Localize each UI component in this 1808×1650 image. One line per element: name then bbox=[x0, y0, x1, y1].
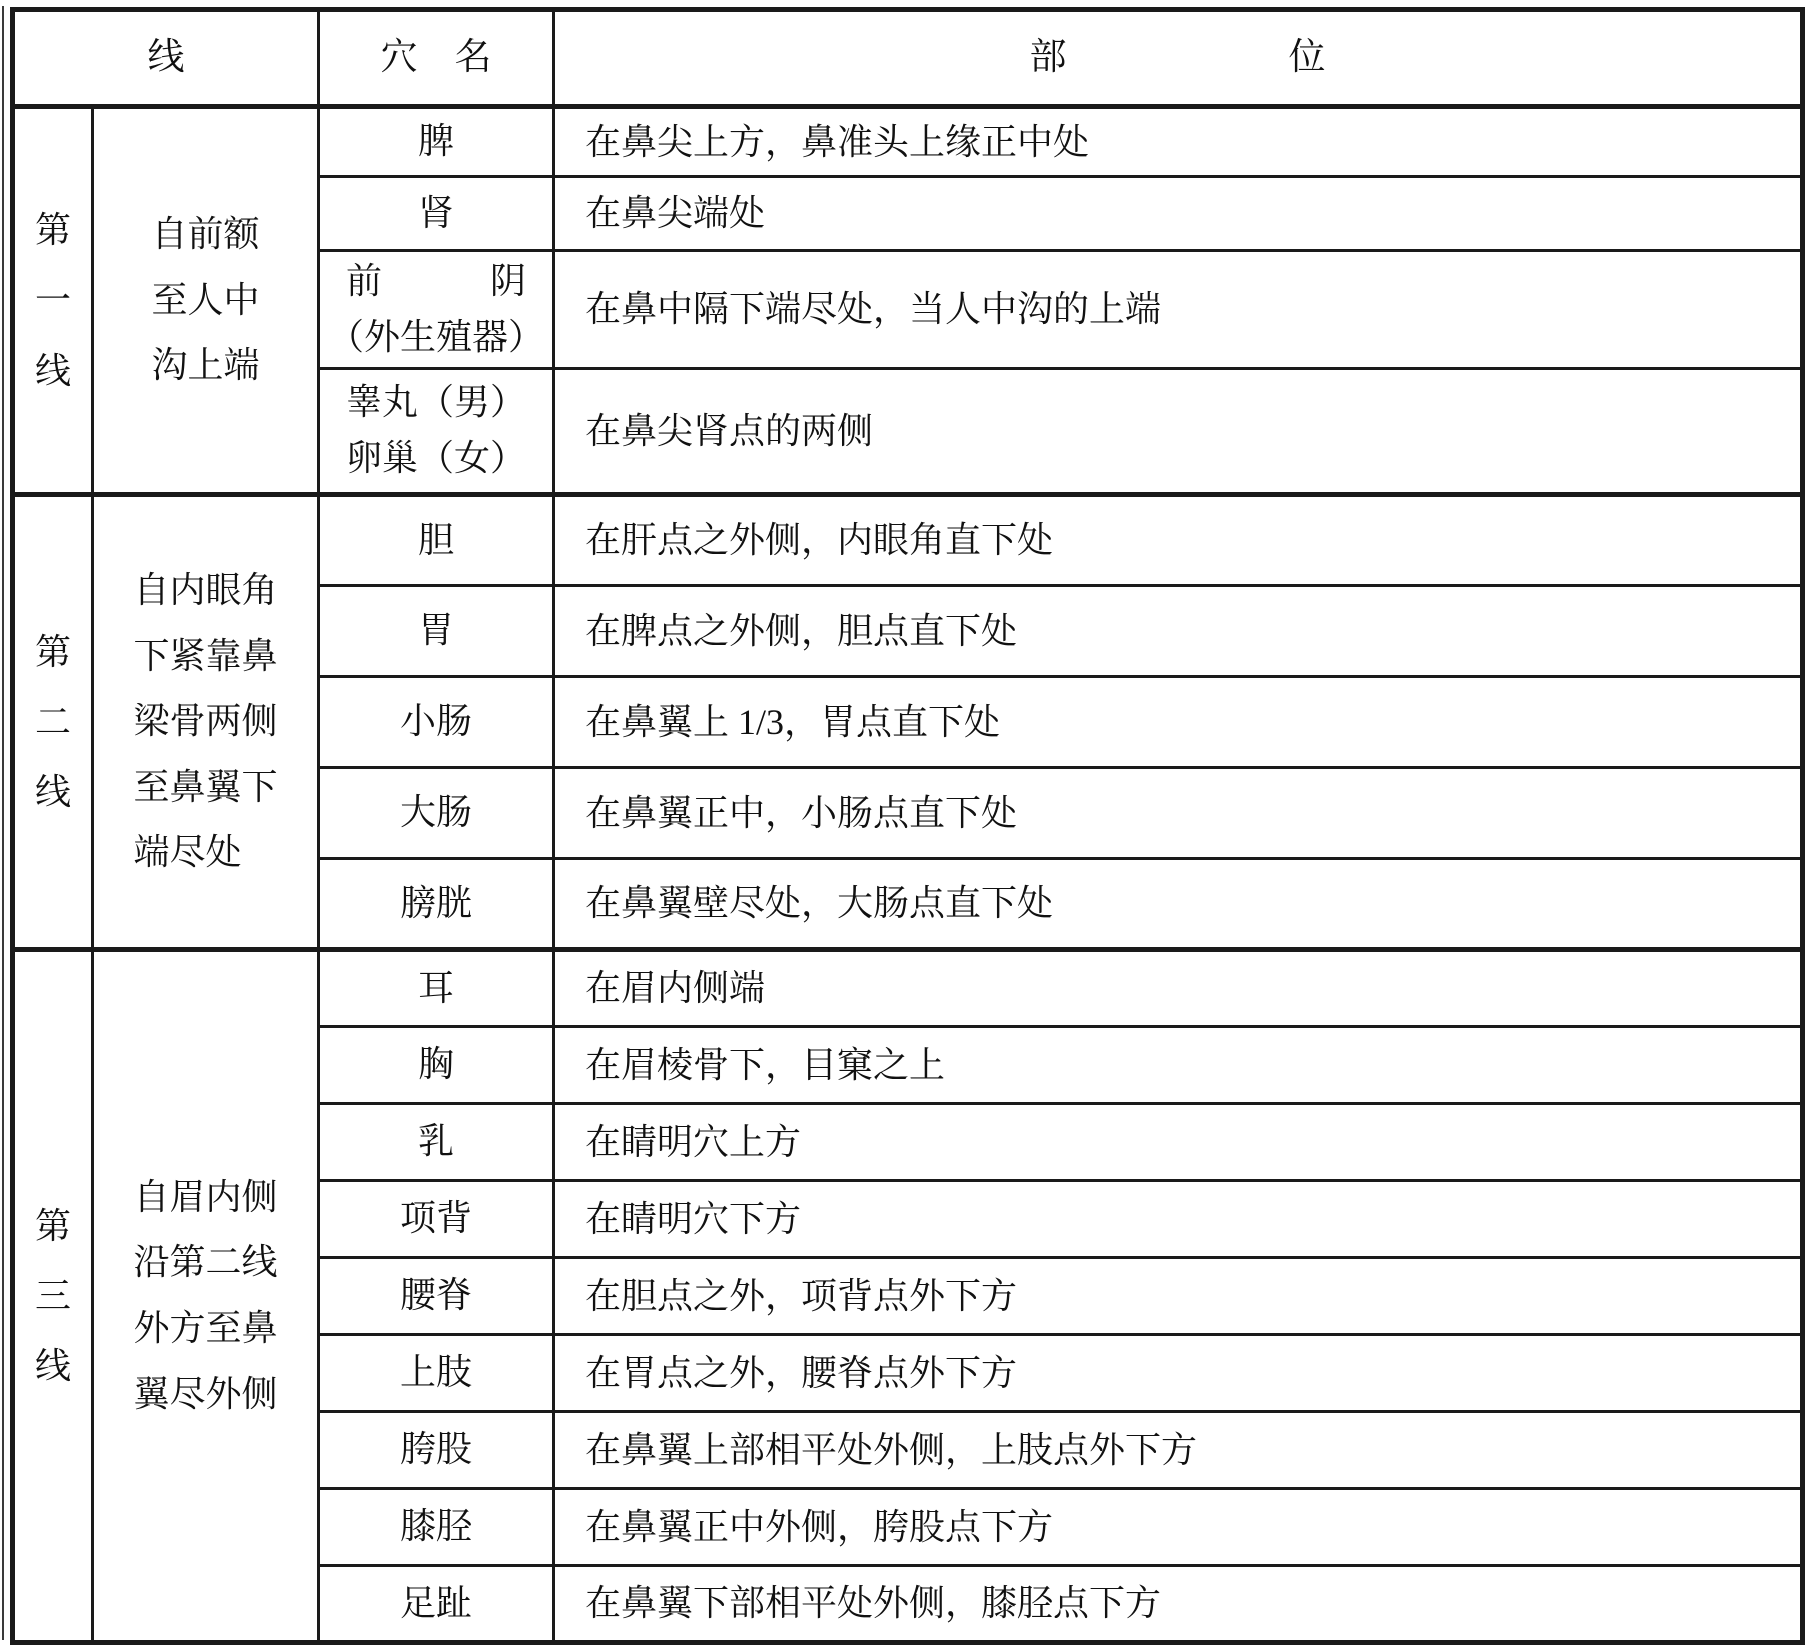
point-name-cell: 胃 bbox=[319, 586, 554, 677]
column-header-location: 部 位 bbox=[554, 10, 1803, 107]
point-name-cell: 肾 bbox=[319, 177, 554, 251]
location-cell: 在眉棱骨下，目窠之上 bbox=[554, 1027, 1803, 1104]
point-name-cell: 睾丸（男） 卵巢（女） bbox=[319, 369, 554, 495]
location-cell: 在鼻中隔下端尽处，当人中沟的上端 bbox=[554, 251, 1803, 369]
location-cell: 在鼻翼壁尽处，大肠点直下处 bbox=[554, 859, 1803, 950]
location-cell: 在鼻尖上方，鼻准头上缘正中处 bbox=[554, 107, 1803, 177]
location-cell: 在睛明穴上方 bbox=[554, 1104, 1803, 1181]
table-row: 第 一 线自前额 至人中 沟上端脾在鼻尖上方，鼻准头上缘正中处 bbox=[13, 107, 1803, 177]
point-name-cell: 乳 bbox=[319, 1104, 554, 1181]
point-name-cell: 脾 bbox=[319, 107, 554, 177]
location-cell: 在睛明穴下方 bbox=[554, 1181, 1803, 1258]
location-cell: 在鼻尖端处 bbox=[554, 177, 1803, 251]
location-cell: 在鼻尖肾点的两侧 bbox=[554, 369, 1803, 495]
location-cell: 在鼻翼上部相平处外侧，上肢点外下方 bbox=[554, 1412, 1803, 1489]
point-name-cell: 上肢 bbox=[319, 1335, 554, 1412]
table-header-row: 线 穴 名 部 位 bbox=[13, 10, 1803, 107]
point-name-cell: 胆 bbox=[319, 495, 554, 586]
line-2-label: 第 二 线 bbox=[13, 495, 93, 950]
point-name-cell: 腰脊 bbox=[319, 1258, 554, 1335]
line-3-label: 第 三 线 bbox=[13, 950, 93, 1643]
location-cell: 在胃点之外，腰脊点外下方 bbox=[554, 1335, 1803, 1412]
table-row: 第 三 线自眉内侧 沿第二线 外方至鼻 翼尽外侧耳在眉内侧端 bbox=[13, 950, 1803, 1027]
page-edge-line bbox=[2, 6, 4, 1640]
point-name-cell: 膀胱 bbox=[319, 859, 554, 950]
location-cell: 在鼻翼正中，小肠点直下处 bbox=[554, 768, 1803, 859]
point-name-cell: 耳 bbox=[319, 950, 554, 1027]
point-name-cell: 胯股 bbox=[319, 1412, 554, 1489]
document-page: 线 穴 名 部 位 第 一 线自前额 至人中 沟上端脾在鼻尖上方，鼻准头上缘正中… bbox=[0, 0, 1808, 1650]
location-cell: 在鼻翼下部相平处外侧，膝胫点下方 bbox=[554, 1566, 1803, 1643]
line-1-description: 自前额 至人中 沟上端 bbox=[93, 107, 319, 495]
location-cell: 在肝点之外侧，内眼角直下处 bbox=[554, 495, 1803, 586]
location-cell: 在眉内侧端 bbox=[554, 950, 1803, 1027]
location-cell: 在脾点之外侧，胆点直下处 bbox=[554, 586, 1803, 677]
point-name-cell: 足趾 bbox=[319, 1566, 554, 1643]
point-name-cell: 前 阴 （外生殖器） bbox=[319, 251, 554, 369]
point-name-cell: 项背 bbox=[319, 1181, 554, 1258]
line-description-text: 自内眼角 下紧靠鼻 梁骨两侧 至鼻翼下 端尽处 bbox=[133, 558, 277, 886]
column-header-point-name: 穴 名 bbox=[319, 10, 554, 107]
location-cell: 在鼻翼正中外侧，胯股点下方 bbox=[554, 1489, 1803, 1566]
point-name-cell: 大肠 bbox=[319, 768, 554, 859]
column-header-line: 线 bbox=[13, 10, 319, 107]
point-name-cell: 小肠 bbox=[319, 677, 554, 768]
nose-acupoint-table: 线 穴 名 部 位 第 一 线自前额 至人中 沟上端脾在鼻尖上方，鼻准头上缘正中… bbox=[10, 7, 1805, 1645]
line-2-description: 自内眼角 下紧靠鼻 梁骨两侧 至鼻翼下 端尽处 bbox=[93, 495, 319, 950]
line-description-text: 自前额 至人中 沟上端 bbox=[151, 202, 259, 399]
line-3-description: 自眉内侧 沿第二线 外方至鼻 翼尽外侧 bbox=[93, 950, 319, 1643]
table-row: 第 二 线自内眼角 下紧靠鼻 梁骨两侧 至鼻翼下 端尽处胆在肝点之外侧，内眼角直… bbox=[13, 495, 1803, 586]
point-name-cell: 胸 bbox=[319, 1027, 554, 1104]
location-cell: 在胆点之外，项背点外下方 bbox=[554, 1258, 1803, 1335]
line-1-label: 第 一 线 bbox=[13, 107, 93, 495]
point-name-cell: 膝胫 bbox=[319, 1489, 554, 1566]
line-description-text: 自眉内侧 沿第二线 外方至鼻 翼尽外侧 bbox=[133, 1165, 277, 1427]
location-cell: 在鼻翼上 1/3，胃点直下处 bbox=[554, 677, 1803, 768]
